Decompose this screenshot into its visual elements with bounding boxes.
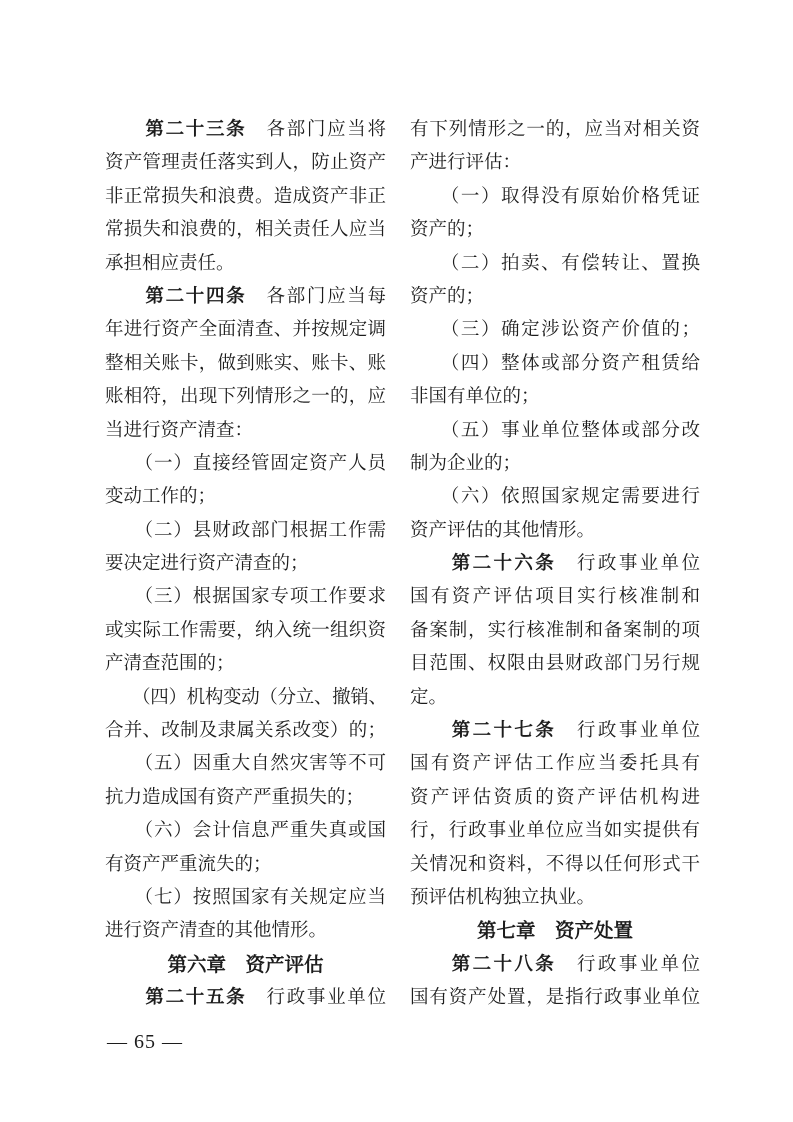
text-segment: 当进行资产清查： xyxy=(105,421,253,441)
text-segment: 产清查范围的； xyxy=(105,654,235,674)
text-line: 第二十六条 行政事业单位 xyxy=(410,548,700,581)
article-number: 第二十四条 xyxy=(145,287,246,307)
text-line: 有资产严重流失的； xyxy=(105,849,386,882)
text-line: （一）取得没有原始价格凭证 xyxy=(410,181,700,214)
text-segment: （六）会计信息严重失真或国 xyxy=(105,821,386,841)
chapter-heading: 第七章 资产处置 xyxy=(410,915,700,948)
text-segment: 国有资产处置，是指行政事业单位 xyxy=(410,988,700,1008)
text-segment: 有资产严重流失的； xyxy=(105,855,272,875)
text-segment: 第六章 资产评估 xyxy=(167,954,323,976)
text-segment: 行政事业单位 xyxy=(246,988,386,1008)
text-segment: （五）事业单位整体或部分改 xyxy=(410,421,700,441)
text-segment: （三）确定涉讼资产价值的； xyxy=(410,320,700,340)
chapter-heading: 第六章 资产评估 xyxy=(105,949,386,982)
text-segment: 预评估机构独立执业。 xyxy=(410,888,595,908)
text-segment xyxy=(410,721,452,741)
text-segment: 国有资产评估工作应当委托具有 xyxy=(410,754,700,774)
text-segment: （一）直接经管固定资产人员 xyxy=(105,454,386,474)
text-line: （六）依照国家规定需要进行 xyxy=(410,481,700,514)
text-segment xyxy=(105,287,145,307)
text-line: 年进行资产全面清查、并按规定调 xyxy=(105,314,386,347)
text-segment: 抗力造成国有资产严重损失的； xyxy=(105,788,364,808)
article-number: 第二十三条 xyxy=(145,120,246,140)
text-segment: 整相关账卡，做到账实、账卡、账 xyxy=(105,354,386,374)
text-line: 第二十三条 各部门应当将 xyxy=(105,114,386,147)
text-segment: （一）取得没有原始价格凭证 xyxy=(410,187,700,207)
left-column: 第二十三条 各部门应当将资产管理责任落实到人，防止资产非正常损失和浪费。造成资产… xyxy=(105,114,386,1016)
text-segment xyxy=(105,120,145,140)
text-line: （三）根据国家专项工作要求 xyxy=(105,581,386,614)
text-segment: 资产评估资质的资产评估机构进 xyxy=(410,788,700,808)
text-line: 资产管理责任落实到人，防止资产 xyxy=(105,147,386,180)
text-line: 非正常损失和浪费。造成资产非正 xyxy=(105,181,386,214)
text-line: 产清查范围的； xyxy=(105,648,386,681)
text-line: 进行资产清查的其他情形。 xyxy=(105,915,386,948)
text-line: 变动工作的； xyxy=(105,481,386,514)
text-segment: 行政事业单位 xyxy=(556,955,700,975)
text-line: 常损失和浪费的，相关责任人应当 xyxy=(105,214,386,247)
text-segment: 变动工作的； xyxy=(105,487,216,507)
page-number: — 65 — xyxy=(100,1031,190,1054)
text-segment: 目范围、权限由县财政部门另行规 xyxy=(410,654,700,674)
text-line: 非国有单位的； xyxy=(410,381,700,414)
text-line: 当进行资产清查： xyxy=(105,415,386,448)
text-line: 整相关账卡，做到账实、账卡、账 xyxy=(105,348,386,381)
text-segment: 各部门应当每 xyxy=(246,287,386,307)
text-segment: 定。 xyxy=(410,688,447,708)
text-segment xyxy=(105,988,145,1008)
text-line: （三）确定涉讼资产价值的； xyxy=(410,314,700,347)
text-segment: 合并、改制及隶属关系改变）的； xyxy=(105,721,386,741)
text-segment: 账相符，出现下列情形之一的，应 xyxy=(105,387,386,407)
text-segment: 第七章 资产处置 xyxy=(477,920,633,942)
article-number: 第二十七条 xyxy=(452,721,556,741)
article-number: 第二十六条 xyxy=(452,554,556,574)
text-line: 要决定进行资产清查的； xyxy=(105,548,386,581)
text-segment: 常损失和浪费的，相关责任人应当 xyxy=(105,220,386,240)
text-segment: 资产的； xyxy=(410,287,484,307)
text-line: （五）事业单位整体或部分改 xyxy=(410,415,700,448)
text-segment: 行政事业单位 xyxy=(556,721,700,741)
right-column: 有下列情形之一的，应当对相关资产进行评估： （一）取得没有原始价格凭证资产的； … xyxy=(410,114,700,1016)
text-line: 关情况和资料，不得以任何形式干 xyxy=(410,849,700,882)
text-line: 国有资产评估项目实行核准制和 xyxy=(410,581,700,614)
text-segment: 备案制，实行核准制和备案制的项 xyxy=(410,621,700,641)
text-line: 第二十四条 各部门应当每 xyxy=(105,281,386,314)
text-segment: 资产评估的其他情形。 xyxy=(410,521,595,541)
text-segment: （五）因重大自然灾害等不可 xyxy=(105,754,386,774)
text-line: 第二十五条 行政事业单位 xyxy=(105,982,386,1015)
text-line: 国有资产评估工作应当委托具有 xyxy=(410,748,700,781)
text-segment: （四）机构变动（分立、撤销、 xyxy=(105,688,386,708)
text-line: （四）机构变动（分立、撤销、 xyxy=(105,682,386,715)
text-line: 第二十七条 行政事业单位 xyxy=(410,715,700,748)
text-segment: 有下列情形之一的，应当对相关资 xyxy=(410,120,700,140)
text-line: 或实际工作需要，纳入统一组织资 xyxy=(105,615,386,648)
text-line: （七）按照国家有关规定应当 xyxy=(105,882,386,915)
text-line: （一）直接经管固定资产人员 xyxy=(105,448,386,481)
text-segment: 产进行评估： xyxy=(410,153,521,173)
text-segment: 行政事业单位 xyxy=(556,554,700,574)
text-segment: 资产管理责任落实到人，防止资产 xyxy=(105,153,386,173)
text-line: 备案制，实行核准制和备案制的项 xyxy=(410,615,700,648)
text-line: 资产的； xyxy=(410,281,700,314)
text-segment: 非正常损失和浪费。造成资产非正 xyxy=(105,187,386,207)
text-segment: （七）按照国家有关规定应当 xyxy=(105,888,386,908)
text-segment: 关情况和资料，不得以任何形式干 xyxy=(410,855,700,875)
text-line: 有下列情形之一的，应当对相关资 xyxy=(410,114,700,147)
text-line: 国有资产处置，是指行政事业单位 xyxy=(410,982,700,1015)
text-segment: 承担相应责任。 xyxy=(105,254,235,274)
text-segment: 进行资产清查的其他情形。 xyxy=(105,921,327,941)
text-line: 产进行评估： xyxy=(410,147,700,180)
text-line: 合并、改制及隶属关系改变）的； xyxy=(105,715,386,748)
text-line: 第二十八条 行政事业单位 xyxy=(410,949,700,982)
document-page: 第二十三条 各部门应当将资产管理责任落实到人，防止资产非正常损失和浪费。造成资产… xyxy=(0,0,793,1122)
text-segment xyxy=(410,955,452,975)
text-segment: （二）县财政部门根据工作需 xyxy=(105,521,386,541)
text-segment xyxy=(410,554,452,574)
text-segment: 国有资产评估项目实行核准制和 xyxy=(410,587,700,607)
text-line: （五）因重大自然灾害等不可 xyxy=(105,748,386,781)
text-segment: 要决定进行资产清查的； xyxy=(105,554,309,574)
text-segment: 非国有单位的； xyxy=(410,387,540,407)
text-segment: （三）根据国家专项工作要求 xyxy=(105,587,386,607)
text-line: （二）县财政部门根据工作需 xyxy=(105,515,386,548)
article-number: 第二十八条 xyxy=(452,955,556,975)
text-line: （四）整体或部分资产租赁给 xyxy=(410,348,700,381)
text-line: 目范围、权限由县财政部门另行规 xyxy=(410,648,700,681)
text-line: 账相符，出现下列情形之一的，应 xyxy=(105,381,386,414)
text-segment: 或实际工作需要，纳入统一组织资 xyxy=(105,621,386,641)
text-line: 资产的； xyxy=(410,214,700,247)
text-segment: 年进行资产全面清查、并按规定调 xyxy=(105,320,386,340)
text-line: 制为企业的； xyxy=(410,448,700,481)
text-line: 资产评估的其他情形。 xyxy=(410,515,700,548)
text-segment: （四）整体或部分资产租赁给 xyxy=(410,354,700,374)
text-segment: （二）拍卖、有偿转让、置换 xyxy=(410,254,700,274)
text-segment: 各部门应当将 xyxy=(246,120,386,140)
text-line: 行，行政事业单位应当如实提供有 xyxy=(410,815,700,848)
text-segment: 行，行政事业单位应当如实提供有 xyxy=(410,821,700,841)
text-line: （二）拍卖、有偿转让、置换 xyxy=(410,248,700,281)
text-line: 资产评估资质的资产评估机构进 xyxy=(410,782,700,815)
text-segment: （六）依照国家规定需要进行 xyxy=(410,487,700,507)
text-segment: 资产的； xyxy=(410,220,484,240)
text-segment: 制为企业的； xyxy=(410,454,521,474)
article-number: 第二十五条 xyxy=(145,988,246,1008)
text-line: 定。 xyxy=(410,682,700,715)
text-line: （六）会计信息严重失真或国 xyxy=(105,815,386,848)
text-line: 承担相应责任。 xyxy=(105,248,386,281)
text-line: 抗力造成国有资产严重损失的； xyxy=(105,782,386,815)
text-line: 预评估机构独立执业。 xyxy=(410,882,700,915)
